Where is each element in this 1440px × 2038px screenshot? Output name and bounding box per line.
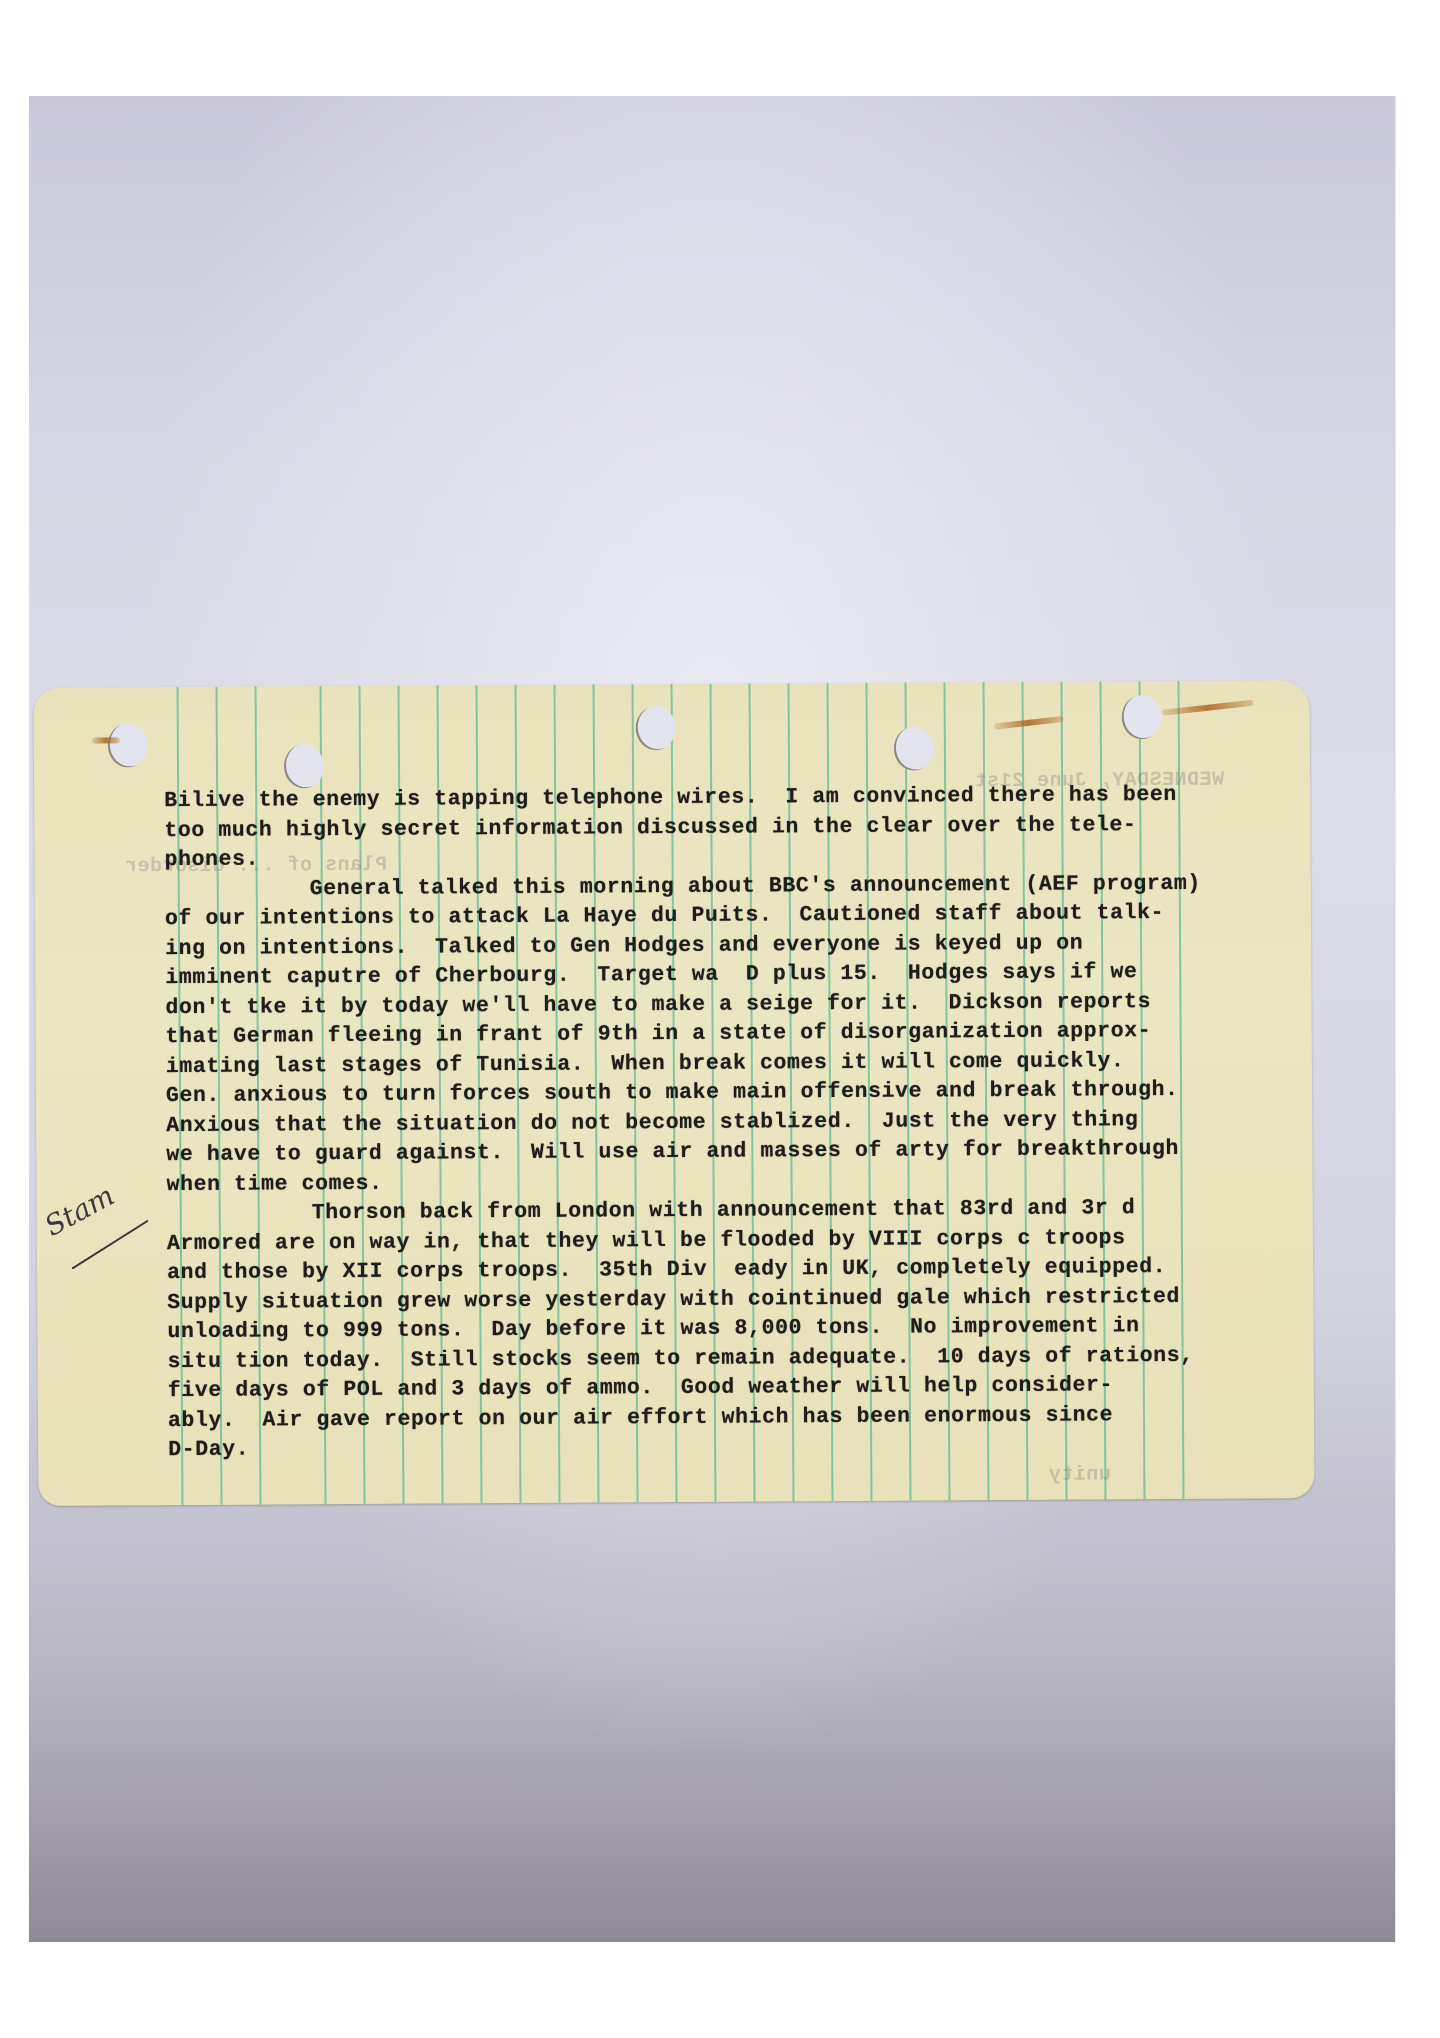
punch-hole-4 [894,726,934,770]
punch-hole-2 [284,744,324,788]
punch-hole-3 [636,706,676,750]
bleed-through-text: unity [1048,1463,1111,1486]
handwritten-annotation: Stam [39,1179,120,1243]
punch-hole-5 [1122,695,1162,739]
punch-hole-1 [108,723,148,767]
typewritten-body: Bilive the enemy is tapping telephone wi… [164,780,1308,1465]
index-card: WEDNESDAY, June 21st Plans of ... disord… [34,680,1315,1506]
rust-stain [92,737,120,743]
